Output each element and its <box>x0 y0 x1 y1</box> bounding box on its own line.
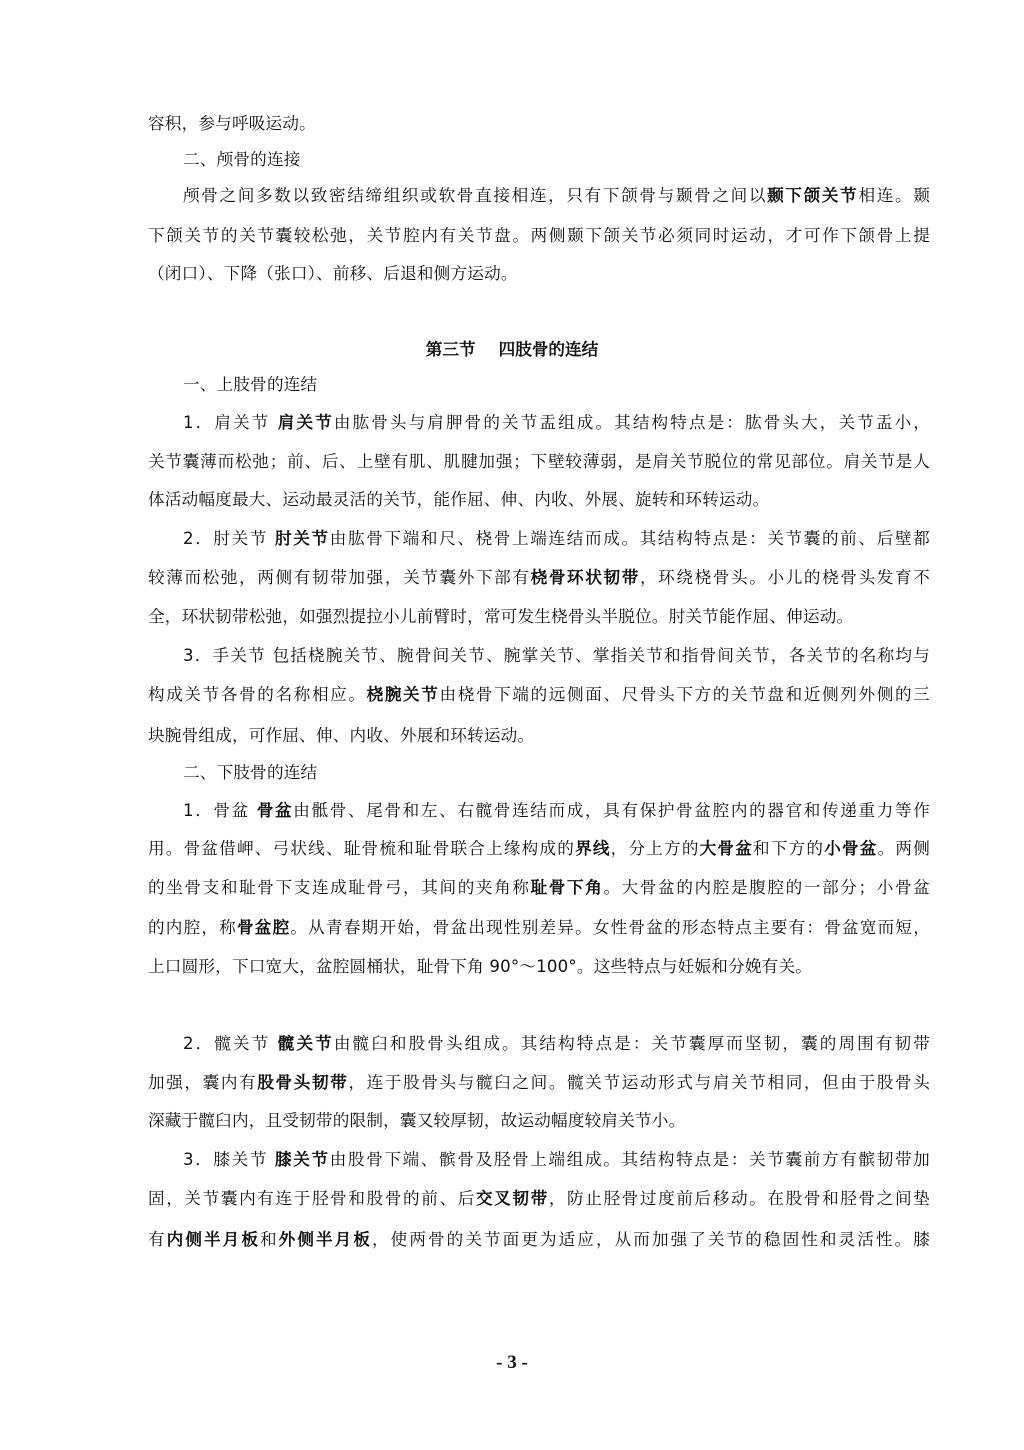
bold-term: 外侧半月板 <box>279 1230 372 1249</box>
text-run: 二、下肢骨的连结 <box>183 763 317 782</box>
text-run: 二、颅骨的连接 <box>183 150 301 169</box>
text-run: 由肱骨下端和尺、桡骨上端连结而成。其结构特点是：关节囊的前、后壁都 <box>330 529 930 548</box>
bold-term: 骨盆腔 <box>237 918 290 937</box>
text-line: 颅骨之间多数以致密结缔组织或软骨直接相连，只有下颌骨与颞骨之间以颞下颌关节相连。… <box>183 184 930 208</box>
bold-term: 内侧半月板 <box>167 1230 260 1249</box>
text-run: 由骶骨、尾骨和左、右髋骨连结而成，具有保护骨盆腔内的器官和传递重力等作 <box>293 801 930 820</box>
text-run: 的坐骨支和耻骨下支连成耻骨弓，其间的夹角称 <box>148 878 531 897</box>
bold-term: 耻骨下角 <box>531 878 604 897</box>
text-line: 二、下肢骨的连结 <box>183 761 930 785</box>
text-run: 构成关节各骨的名称相应。 <box>148 685 367 704</box>
text-run: 较薄而松弛，两侧有韧带加强，关节囊外下部有 <box>148 568 531 587</box>
text-run: 相连。颞 <box>858 186 930 205</box>
text-line: 块腕骨组成，可作屈、伸、内收、外展和环转运动。 <box>148 724 930 748</box>
text-run: ，连于股骨头与髋臼之间。髋关节运动形式与肩关节相同，但由于股骨头 <box>348 1073 930 1092</box>
text-line: 有内侧半月板和外侧半月板，使两骨的关节面更为适应，从而加强了关节的稳固性和灵活性… <box>148 1228 930 1252</box>
bold-term: 肩关节 <box>278 413 334 432</box>
text-run: 上口圆形，下口宽大，盆腔圆桶状，耻骨下角 90°～100°。这些特点与妊娠和分娩… <box>148 957 812 976</box>
text-line: 3．手关节 包括桡腕关节、腕骨间关节、腕掌关节、掌指关节和指骨间关节，各关节的名… <box>183 644 930 668</box>
text-line: 关节囊薄而松弛；前、后、上壁有肌、肌腱加强；下壁较薄弱，是肩关节脱位的常见部位。… <box>148 450 930 474</box>
text-line: 全，环状韧带松弛，如强烈提拉小儿前臂时，常可发生桡骨头半脱位。肘关节能作屈、伸运… <box>148 605 930 629</box>
text-run: 和 <box>260 1230 279 1249</box>
text-run: 全，环状韧带松弛，如强烈提拉小儿前臂时，常可发生桡骨头半脱位。肘关节能作屈、伸运… <box>148 607 853 626</box>
bold-term: 肘关节 <box>275 529 330 548</box>
text-run: 固，关节囊内有连于胫骨和股骨的前、后 <box>148 1189 476 1208</box>
text-run: 下颌关节的关节囊较松弛，关节腔内有关节盘。两侧颞下颌关节必须同时运动，才可作下颌… <box>148 226 930 245</box>
bold-term: 小骨盆 <box>824 839 877 858</box>
text-run: 容积，参与呼吸运动。 <box>148 114 316 133</box>
bold-term: 桡骨环状韧带 <box>531 568 640 587</box>
text-run: ，防止胫骨过度前后移动。在股骨和胫骨之间垫 <box>549 1189 930 1208</box>
text-line: 一、上肢骨的连结 <box>183 373 930 397</box>
text-run: 1．肩关节 <box>183 413 278 432</box>
text-run: 。两侧 <box>878 839 930 858</box>
text-line: 3．膝关节 膝关节由股骨下端、髌骨及胫骨上端组成。其结构特点是：关节囊前方有髌韧… <box>183 1148 930 1172</box>
document-page: 容积，参与呼吸运动。二、颅骨的连接颅骨之间多数以致密结缔组织或软骨直接相连，只有… <box>0 0 1024 1450</box>
bold-term: 股骨头韧带 <box>257 1073 348 1092</box>
bold-term: 膝关节 <box>275 1150 330 1169</box>
text-run: 块腕骨组成，可作屈、伸、内收、外展和环转运动。 <box>148 726 534 745</box>
text-run: 加强，囊内有 <box>148 1073 257 1092</box>
text-run: 深藏于髋臼内，且受韧带的限制，囊又较厚韧，故运动幅度较肩关节小。 <box>148 1111 685 1130</box>
text-line: 上口圆形，下口宽大，盆腔圆桶状，耻骨下角 90°～100°。这些特点与妊娠和分娩… <box>148 955 930 979</box>
text-run: 和下方的 <box>753 839 824 858</box>
bold-term: 髋关节 <box>278 1034 334 1053</box>
text-line: 较薄而松弛，两侧有韧带加强，关节囊外下部有桡骨环状韧带，环绕桡骨头。小儿的桡骨头… <box>148 566 930 590</box>
text-run: 3．手关节 包括桡腕关节、腕骨间关节、腕掌关节、掌指关节和指骨间关节，各关节的名… <box>183 646 930 665</box>
text-run: （闭口）、下降（张口）、前移、后退和侧方运动。 <box>148 264 518 283</box>
text-line: 2．肘关节 肘关节由肱骨下端和尺、桡骨上端连结而成。其结构特点是：关节囊的前、后… <box>183 527 930 551</box>
text-line: 的内腔，称骨盆腔。从青春期开始，骨盆出现性别差异。女性骨盆的形态特点主要有：骨盆… <box>148 916 930 940</box>
bold-term: 交叉韧带 <box>476 1189 549 1208</box>
text-run: 体活动幅度最大、运动最灵活的关节，能作屈、伸、内收、外展、旋转和环转运动。 <box>148 490 769 509</box>
text-line: 用。骨盆借岬、弓状线、耻骨梳和耻骨联合上缘构成的界线，分上方的大骨盆和下方的小骨… <box>148 837 930 861</box>
text-line: 的坐骨支和耻骨下支连成耻骨弓，其间的夹角称耻骨下角。大骨盆的内腔是腹腔的一部分；… <box>148 876 930 900</box>
text-line: 二、颅骨的连接 <box>183 148 930 172</box>
text-run: ，分上方的 <box>611 839 700 858</box>
text-run: 用。骨盆借岬、弓状线、耻骨梳和耻骨联合上缘构成的 <box>148 839 575 858</box>
text-run: 由髋臼和股骨头组成。其结构特点是：关节囊厚而坚韧，囊的周围有韧带 <box>334 1034 930 1053</box>
text-line: 1．肩关节 肩关节由肱骨头与肩胛骨的关节盂组成。其结构特点是：肱骨头大，关节盂小… <box>183 411 930 435</box>
text-line: 下颌关节的关节囊较松弛，关节腔内有关节盘。两侧颞下颌关节必须同时运动，才可作下颌… <box>148 224 930 248</box>
text-run: 1．骨盆 <box>183 801 257 820</box>
text-run: 一、上肢骨的连结 <box>183 375 317 394</box>
text-run: 有 <box>148 1230 167 1249</box>
text-line: 深藏于髋臼内，且受韧带的限制，囊又较厚韧，故运动幅度较肩关节小。 <box>148 1109 930 1133</box>
bold-term: 颞下颌关节 <box>767 186 858 205</box>
bold-term: 界线 <box>575 839 611 858</box>
text-line: 固，关节囊内有连于胫骨和股骨的前、后交叉韧带，防止胫骨过度前后移动。在股骨和胫骨… <box>148 1187 930 1211</box>
text-line: （闭口）、下降（张口）、前移、后退和侧方运动。 <box>148 262 930 286</box>
bold-term: 骨盆 <box>257 801 293 820</box>
text-line: 体活动幅度最大、运动最灵活的关节，能作屈、伸、内收、外展、旋转和环转运动。 <box>148 488 930 512</box>
text-run: 由股骨下端、髌骨及胫骨上端组成。其结构特点是：关节囊前方有髌韧带加 <box>330 1150 930 1169</box>
text-run: 3．膝关节 <box>183 1150 275 1169</box>
text-run: 关节囊薄而松弛；前、后、上壁有肌、肌腱加强；下壁较薄弱，是肩关节脱位的常见部位。… <box>148 452 930 471</box>
text-run: 由肱骨头与肩胛骨的关节盂组成。其结构特点是：肱骨头大，关节盂小， <box>334 413 930 432</box>
text-run: 的内腔，称 <box>148 918 237 937</box>
text-line: 容积，参与呼吸运动。 <box>148 112 930 136</box>
text-line: 构成关节各骨的名称相应。桡腕关节由桡骨下端的远侧面、尺骨头下方的关节盘和近侧列外… <box>148 683 930 707</box>
text-run: 颅骨之间多数以致密结缔组织或软骨直接相连，只有下颌骨与颞骨之间以 <box>183 186 767 205</box>
text-run: ，使两骨的关节面更为适应，从而加强了关节的稳固性和灵活性。膝 <box>372 1230 930 1249</box>
text-run: 2．髋关节 <box>183 1034 278 1053</box>
bold-term: 大骨盆 <box>700 839 753 858</box>
text-run: 。从青春期开始，骨盆出现性别差异。女性骨盆的形态特点主要有：骨盆宽而短， <box>290 918 930 937</box>
text-run: 2．肘关节 <box>183 529 275 548</box>
text-run: ，环绕桡骨头。小儿的桡骨头发育不 <box>640 568 930 587</box>
text-line: 2．髋关节 髋关节由髋臼和股骨头组成。其结构特点是：关节囊厚而坚韧，囊的周围有韧… <box>183 1032 930 1056</box>
section-title: 第三节 四肢骨的连结 <box>0 338 1024 362</box>
text-run: 由桡骨下端的远侧面、尺骨头下方的关节盘和近侧列外侧的三 <box>440 685 930 704</box>
text-line: 加强，囊内有股骨头韧带，连于股骨头与髋臼之间。髋关节运动形式与肩关节相同，但由于… <box>148 1071 930 1095</box>
text-line: 1．骨盆 骨盆由骶骨、尾骨和左、右髋骨连结而成，具有保护骨盆腔内的器官和传递重力… <box>183 799 930 823</box>
text-run: 。大骨盆的内腔是腹腔的一部分；小骨盆 <box>603 878 930 897</box>
bold-term: 桡腕关节 <box>367 685 440 704</box>
page-number: - 3 - <box>0 1352 1024 1374</box>
